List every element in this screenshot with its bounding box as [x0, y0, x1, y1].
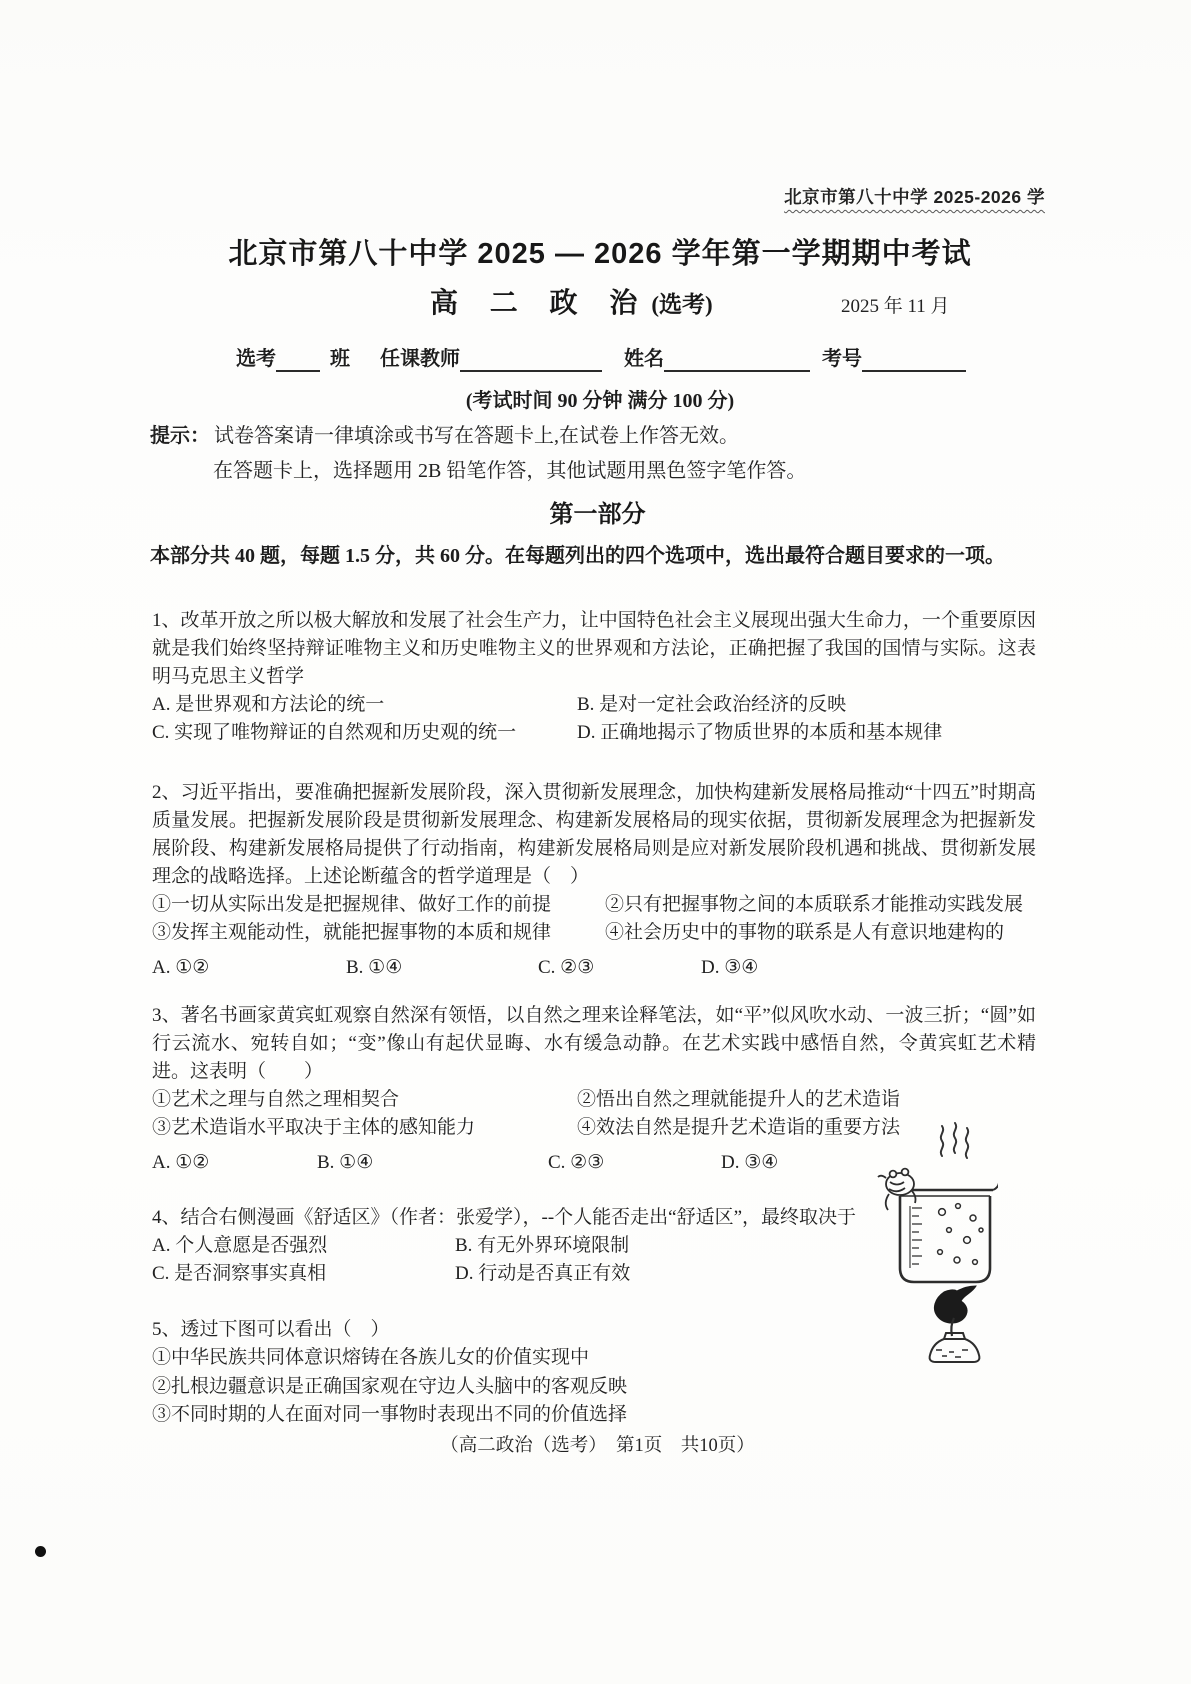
question-2-statement-1: ①一切从实际出发是把握规律、做好工作的前提 — [152, 891, 605, 919]
question-5-number: 5、 — [152, 1319, 181, 1340]
page-footer: （高二政治（选考） 第1页 共10页） — [140, 1431, 1055, 1457]
name-blank — [664, 352, 810, 372]
question-2-statements-row-1: ①一切从实际出发是把握规律、做好工作的前提②只有把握事物之间的本质联系才能推动实… — [152, 891, 1036, 919]
question-2-answer-c: C. ②③ — [538, 954, 701, 982]
beaker — [894, 1183, 998, 1282]
question-3-answer-d: D. ③④ — [721, 1149, 778, 1177]
subject-row: 高 二 政 治(选考) — [430, 281, 713, 321]
teacher-blank — [460, 352, 602, 372]
corner-header: 北京市第八十中学 2025-2026 学 — [784, 184, 1045, 209]
subject-title: 高 二 政 治 — [430, 287, 649, 318]
name-label: 姓名 — [624, 348, 664, 370]
question-1-option-d: D. 正确地揭示了物质世界的本质和基本规律 — [577, 719, 942, 747]
flame — [934, 1286, 976, 1323]
notice-text-1: 试卷答案请一律填涂或书写在答题卡上,在试卷上作答无效。 — [214, 425, 739, 447]
exam-number-label: 考号 — [822, 348, 862, 370]
teacher-label: 任课教师 — [380, 348, 460, 370]
bubbles — [938, 1204, 983, 1265]
question-3-statement-3: ③艺术造诣水平取决于主体的感知能力 — [152, 1114, 577, 1142]
question-1-options-row-1: A. 是世界观和方法论的统一B. 是对一定社会政治经济的反映 — [152, 691, 1036, 719]
comfort-zone-cartoon-illustration — [856, 1110, 998, 1365]
question-2-answer-b: B. ①④ — [346, 954, 538, 982]
beaker-graduations — [910, 1206, 922, 1268]
question-3-answer-c: C. ②③ — [548, 1149, 721, 1177]
class-label: 班 — [330, 348, 350, 370]
question-2-statement-3: ③发挥主观能动性，就能把握事物的本质和规律 — [152, 919, 605, 947]
notice-line-1: 提示：试卷答案请一律填涂或书写在答题卡上,在试卷上作答无效。 — [150, 419, 739, 448]
notice-line-2: 在答题卡上，选择题用 2B 铅笔作答，其他试题用黑色签字笔作答。 — [213, 454, 806, 483]
exam-duration-info: (考试时间 90 分钟 满分 100 分) — [140, 384, 1060, 413]
frog — [878, 1169, 916, 1210]
question-2-answer-choices: A. ①②B. ①④C. ②③D. ③④ — [152, 954, 1036, 982]
question-4-number: 4、 — [152, 1207, 181, 1228]
question-2-answer-d: D. ③④ — [701, 954, 758, 982]
question-4-option-b: B. 有无外界环境限制 — [455, 1232, 629, 1260]
question-3-statement-1: ①艺术之理与自然之理相契合 — [152, 1086, 577, 1114]
question-1: 1、改革开放之所以极大解放和发展了社会生产力，让中国特色社会主义展现出强大生命力… — [152, 607, 1036, 747]
select-class-label: 选考 — [236, 348, 276, 370]
section-title: 第一部分 — [140, 494, 1055, 529]
question-2-statements-row-2: ③发挥主观能动性，就能把握事物的本质和规律④社会历史中的事物的联系是人有意识地建… — [152, 919, 1036, 947]
notice-label: 提示： — [150, 425, 210, 447]
question-5-stem: 5、透过下图可以看出（ ） — [152, 1316, 932, 1344]
question-1-number: 1、 — [152, 610, 181, 631]
question-5: 5、透过下图可以看出（ ） ①中华民族共同体意识熔铸在各族儿女的价值实现中 ②扎… — [152, 1316, 932, 1430]
question-5-statement-1: ①中华民族共同体意识熔铸在各族儿女的价值实现中 — [152, 1344, 932, 1373]
question-1-option-c: C. 实现了唯物辩证的自然观和历史观的统一 — [152, 719, 577, 747]
question-3-statement-4: ④效法自然是提升艺术造诣的重要方法 — [577, 1114, 900, 1142]
question-3-answer-a: A. ①② — [152, 1149, 317, 1177]
exam-paper-page: 北京市第八十中学 2025-2026 学 北京市第八十中学 2025 — 202… — [0, 0, 1191, 1684]
question-4-option-d: D. 行动是否真正有效 — [455, 1260, 630, 1288]
question-4-option-a: A. 个人意愿是否强烈 — [152, 1232, 455, 1260]
question-3-answer-b: B. ①④ — [317, 1149, 548, 1177]
question-2: 2、习近平指出，要准确把握新发展阶段，深入贯彻新发展理念，加快构建新发展格局推动… — [152, 779, 1036, 982]
alcohol-lamp — [930, 1333, 980, 1362]
select-class-blank — [276, 352, 320, 372]
steam-lines — [941, 1123, 968, 1158]
question-2-stem: 2、习近平指出，要准确把握新发展阶段，深入贯彻新发展理念，加快构建新发展格局推动… — [152, 779, 1036, 891]
exam-title: 北京市第八十中学 2025 — 2026 学年第一学期期中考试 — [140, 231, 1060, 272]
question-2-statement-4: ④社会历史中的事物的联系是人有意识地建构的 — [605, 919, 1004, 947]
question-2-number: 2、 — [152, 782, 181, 803]
subject-type-note: (选考) — [651, 292, 712, 317]
question-4-option-c: C. 是否洞察事实真相 — [152, 1260, 455, 1288]
question-5-statement-3: ③不同时期的人在面对同一事物时表现出不同的价值选择 — [152, 1401, 932, 1430]
question-3-number: 3、 — [152, 1005, 181, 1026]
question-1-option-b: B. 是对一定社会政治经济的反映 — [577, 691, 846, 719]
question-5-statement-2: ②扎根边疆意识是正确国家观在守边人头脑中的客观反映 — [152, 1373, 932, 1402]
question-2-answer-a: A. ①② — [152, 954, 346, 982]
question-2-statement-2: ②只有把握事物之间的本质联系才能推动实践发展 — [605, 891, 1023, 919]
exam-number-blank — [862, 352, 966, 372]
question-1-options-row-2: C. 实现了唯物辩证的自然观和历史观的统一D. 正确地揭示了物质世界的本质和基本… — [152, 719, 1036, 747]
question-3-statement-2: ②悟出自然之理就能提升人的艺术造诣 — [577, 1086, 900, 1114]
section-instructions: 本部分共 40 题，每题 1.5 分，共 60 分。在每题列出的四个选项中，选出… — [150, 541, 1042, 571]
question-1-stem: 1、改革开放之所以极大解放和发展了社会生产力，让中国特色社会主义展现出强大生命力… — [152, 607, 1036, 691]
student-info-row: 选考班任课教师姓名考号 — [236, 342, 966, 371]
exam-date: 2025 年 11 月 — [841, 291, 950, 318]
question-3-stem: 3、著名书画家黄宾虹观察自然深有领悟，以自然之理来诠释笔法，如“平”似风吹水动、… — [152, 1002, 1036, 1086]
question-1-option-a: A. 是世界观和方法论的统一 — [152, 691, 577, 719]
scan-artifact-dot — [35, 1546, 46, 1557]
